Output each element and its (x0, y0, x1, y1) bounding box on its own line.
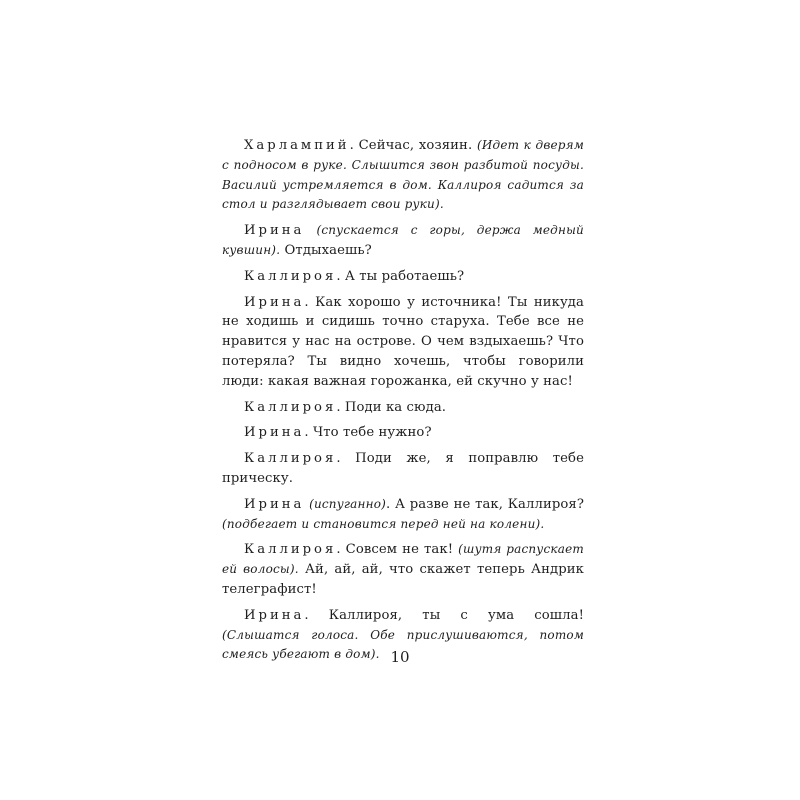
speaker-name: Каллироя (244, 542, 336, 557)
speech-text: Отдыхаешь? (280, 243, 372, 258)
speech-text: . Сейчас, хозяин. (350, 138, 477, 153)
speaker-name: Каллироя (244, 451, 336, 466)
speaker-name: Харлампий (244, 138, 350, 153)
page-number: 10 (0, 648, 800, 666)
speech-text: . Поди ка сюда. (336, 400, 446, 415)
speech-text: . А разве не так, Каллироя? (386, 497, 584, 512)
speaker-name: Ирина (244, 608, 304, 623)
dialogue-paragraph: Харлампий. Сейчас, хозяин. (Идет к дверя… (222, 136, 584, 215)
dialogue-paragraph: Ирина. Что тебе нужно? (222, 423, 584, 443)
dialogue-paragraph: Ирина (испуганно). А разве не так, Калли… (222, 495, 584, 535)
speaker-name: Ирина (244, 497, 304, 512)
speaker-name: Ирина (244, 295, 304, 310)
dialogue-paragraph: Каллироя. А ты работаешь? (222, 267, 584, 287)
speaker-name: Ирина (244, 223, 304, 238)
dialogue-paragraph: Ирина. Как хорошо у источника! Ты никуда… (222, 293, 584, 392)
speech-text: . Совсем не так! (336, 542, 458, 557)
speech-text: . Каллироя, ты с ума сошла! (304, 608, 584, 623)
dialogue-paragraph: Каллироя. Поди ка сюда. (222, 398, 584, 418)
dialogue-paragraph: Каллироя. Совсем не так! (шутя распускае… (222, 540, 584, 599)
speech-text: . А ты работаешь? (336, 269, 464, 284)
dialogue-paragraph: Ирина (спускается с горы, держа медный к… (222, 221, 584, 261)
speaker-name: Ирина (244, 425, 304, 440)
stage-direction: (подбегает и становится перед ней на кол… (222, 517, 544, 531)
book-page-text: Харлампий. Сейчас, хозяин. (Идет к дверя… (222, 136, 584, 671)
speaker-name: Каллироя (244, 269, 336, 284)
stage-direction: (испуганно) (309, 497, 386, 511)
speech-text (304, 223, 316, 238)
dialogue-paragraph: Каллироя. Поди же, я поправлю тебе приче… (222, 449, 584, 489)
speaker-name: Каллироя (244, 400, 336, 415)
speech-text: . Что тебе нужно? (304, 425, 431, 440)
